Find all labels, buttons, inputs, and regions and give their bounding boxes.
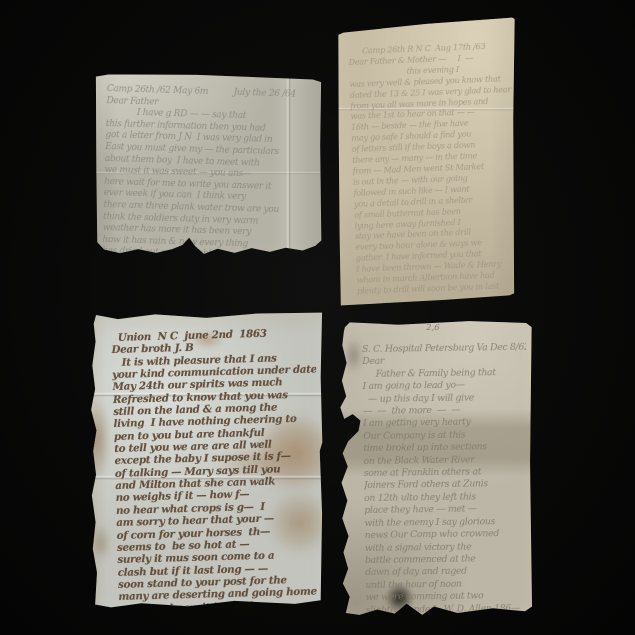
handwriting-block: Camp 26th R N C Aug 17th /63Dear Father … [348,40,519,297]
handwriting-block: Camp 26th /62 May 6m July the 26 /64Dear… [102,84,316,264]
letter-top-left: Camp 26th /62 May 6m July the 26 /64Dear… [95,73,322,255]
handwriting-line: slightly wonded W. D. Allen 186— [366,602,530,617]
pencil-notation: 2,6 [426,323,440,333]
water-stain [83,398,111,481]
letter-bottom-left: Union N C june 2nd 1863Dear broth J. B I… [90,312,323,608]
handwriting-block: S. C. Hospital Petersburg Va Dec 8/62Dea… [362,342,530,617]
stain-spot [344,338,364,374]
water-stain [90,525,111,561]
letter-top-right: Camp 26th R N C Aug 17th /63Dear Father … [338,17,515,306]
photograph-of-letters: Camp 26th /62 May 6m July the 26 /64Dear… [0,0,635,635]
letter-bottom-right: 2,6 S. C. Hospital Petersburg Va Dec 8/6… [336,320,532,616]
handwriting-block: Union N C june 2nd 1863Dear broth J. B I… [111,326,323,615]
